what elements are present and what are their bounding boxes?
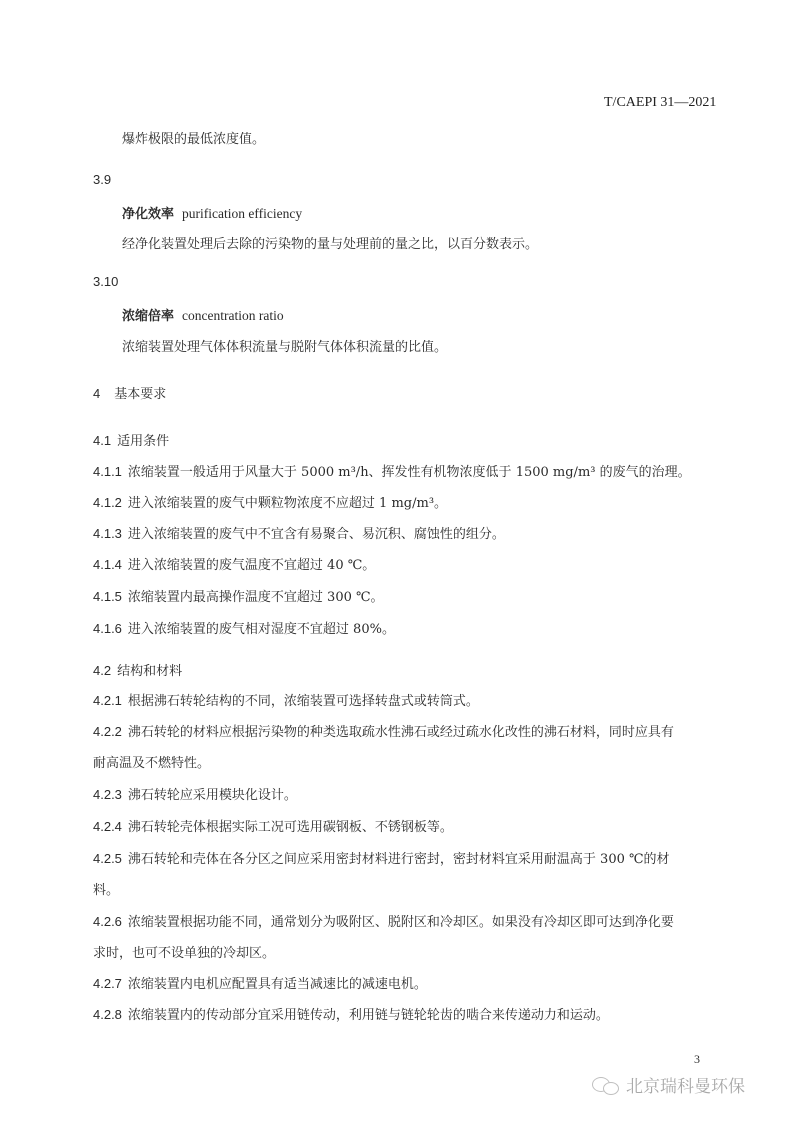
clause-number: 4.2.5: [93, 851, 122, 866]
clause-4-2-5: 4.2.5沸石转轮和壳体在各分区之间应采用密封材料进行密封，密封材料宜采用耐温高…: [93, 848, 670, 867]
term-en: purification efficiency: [182, 206, 302, 221]
watermark-text: 北京瑞科曼环保: [626, 1072, 745, 1097]
clause-4-2-7: 4.2.7浓缩装置内电机应配置具有适当减速比的减速电机。: [93, 973, 427, 992]
clause-number: 4.2.2: [93, 724, 122, 739]
clause-text: 沸石转轮的材料应根据污染物的种类选取疏水性沸石或经过疏水化改性的沸石材料，同时应…: [128, 725, 674, 740]
standard-code: T/CAEPI 31—2021: [604, 95, 716, 111]
wechat-icon: [592, 1075, 620, 1095]
definition-3-10: 浓缩装置处理气体体积流量与脱附气体体积流量的比值。: [122, 336, 447, 355]
clause-4-2-6: 4.2.6浓缩装置根据功能不同，通常划分为吸附区、脱附区和冷却区。如果没有冷却区…: [93, 911, 674, 930]
section-title: 基本要求: [114, 387, 166, 402]
clause-number: 4.1.1: [93, 464, 122, 479]
clause-4-2-5-continued: 料。: [93, 879, 119, 898]
section-heading-4-2: 4.2结构和材料: [93, 660, 182, 679]
clause-text: 浓缩装置内最高操作温度不宜超过 300 ℃。: [128, 590, 384, 605]
clause-text: 浓缩装置内电机应配置具有适当减速比的减速电机。: [128, 977, 427, 992]
previous-definition-tail: 爆炸极限的最低浓度值。: [122, 128, 265, 147]
clause-text: 沸石转轮壳体根据实际工况可选用碳钢板、不锈钢板等。: [128, 820, 453, 835]
clause-number: 4.1.3: [93, 526, 122, 541]
clause-4-1-6: 4.1.6进入浓缩装置的废气相对湿度不宜超过 80%。: [93, 618, 395, 637]
clause-text: 浓缩装置内的传动部分宜采用链传动，利用链与链轮轮齿的啮合来传递动力和运动。: [128, 1008, 609, 1023]
clause-4-2-8: 4.2.8浓缩装置内的传动部分宜采用链传动，利用链与链轮轮齿的啮合来传递动力和运…: [93, 1004, 609, 1023]
section-title: 适用条件: [117, 434, 169, 449]
section-number: 4: [93, 386, 100, 401]
clause-4-2-6-continued: 求时，也可不设单独的冷却区。: [93, 942, 275, 961]
clause-number: 4.2.3: [93, 787, 122, 802]
clause-number: 4.2.4: [93, 819, 122, 834]
clause-number: 4.2.8: [93, 1007, 122, 1022]
clause-text: 沸石转轮应采用模块化设计。: [128, 788, 297, 803]
clause-4-1-3: 4.1.3进入浓缩装置的废气中不宜含有易聚合、易沉积、腐蚀性的组分。: [93, 523, 505, 542]
watermark: 北京瑞科曼环保: [592, 1072, 745, 1097]
section-number-3-10: 3.10: [93, 274, 118, 289]
clause-text: 浓缩装置根据功能不同，通常划分为吸附区、脱附区和冷却区。如果没有冷却区即可达到净…: [128, 915, 674, 930]
section-number: 4.2: [93, 663, 111, 678]
term-cn: 净化效率: [122, 207, 174, 222]
clause-number: 4.1.2: [93, 495, 122, 510]
term-3-10: 浓缩倍率concentration ratio: [122, 305, 284, 324]
section-heading-4: 4基本要求: [93, 383, 166, 402]
clause-4-2-2: 4.2.2沸石转轮的材料应根据污染物的种类选取疏水性沸石或经过疏水化改性的沸石材…: [93, 721, 674, 740]
section-number-3-9: 3.9: [93, 172, 111, 187]
clause-text: 进入浓缩装置的废气中不宜含有易聚合、易沉积、腐蚀性的组分。: [128, 527, 505, 542]
clause-4-1-1: 4.1.1浓缩装置一般适用于风量大于 5000 m³/h、挥发性有机物浓度低于 …: [93, 461, 691, 480]
term-3-9: 净化效率purification efficiency: [122, 203, 302, 222]
clause-text: 进入浓缩装置的废气温度不宜超过 40 ℃。: [128, 558, 375, 573]
definition-3-9: 经净化装置处理后去除的污染物的量与处理前的量之比，以百分数表示。: [122, 233, 538, 252]
page-number: 3: [694, 1052, 700, 1067]
section-heading-4-1: 4.1适用条件: [93, 430, 169, 449]
clause-4-2-2-continued: 耐高温及不燃特性。: [93, 752, 210, 771]
clause-text: 进入浓缩装置的废气相对湿度不宜超过 80%。: [128, 622, 395, 637]
clause-number: 4.2.6: [93, 914, 122, 929]
clause-4-1-5: 4.1.5浓缩装置内最高操作温度不宜超过 300 ℃。: [93, 586, 384, 605]
clause-4-1-2: 4.1.2进入浓缩装置的废气中颗粒物浓度不应超过 1 mg/m³。: [93, 492, 447, 511]
clause-number: 4.1.6: [93, 621, 122, 636]
clause-4-2-4: 4.2.4沸石转轮壳体根据实际工况可选用碳钢板、不锈钢板等。: [93, 816, 453, 835]
clause-4-1-4: 4.1.4进入浓缩装置的废气温度不宜超过 40 ℃。: [93, 554, 375, 573]
term-cn: 浓缩倍率: [122, 309, 174, 324]
clause-text: 根据沸石转轮结构的不同，浓缩装置可选择转盘式或转筒式。: [128, 694, 479, 709]
clause-text: 浓缩装置一般适用于风量大于 5000 m³/h、挥发性有机物浓度低于 1500 …: [128, 465, 691, 480]
clause-text: 沸石转轮和壳体在各分区之间应采用密封材料进行密封，密封材料宜采用耐温高于 300…: [128, 852, 670, 867]
clause-4-2-3: 4.2.3沸石转轮应采用模块化设计。: [93, 784, 297, 803]
clause-number: 4.2.1: [93, 693, 122, 708]
clause-number: 4.1.5: [93, 589, 122, 604]
clause-4-2-1: 4.2.1根据沸石转轮结构的不同，浓缩装置可选择转盘式或转筒式。: [93, 690, 479, 709]
clause-number: 4.1.4: [93, 557, 122, 572]
clause-text: 进入浓缩装置的废气中颗粒物浓度不应超过 1 mg/m³。: [128, 496, 447, 511]
section-title: 结构和材料: [117, 664, 182, 679]
section-number: 4.1: [93, 433, 111, 448]
term-en: concentration ratio: [182, 308, 284, 323]
clause-number: 4.2.7: [93, 976, 122, 991]
